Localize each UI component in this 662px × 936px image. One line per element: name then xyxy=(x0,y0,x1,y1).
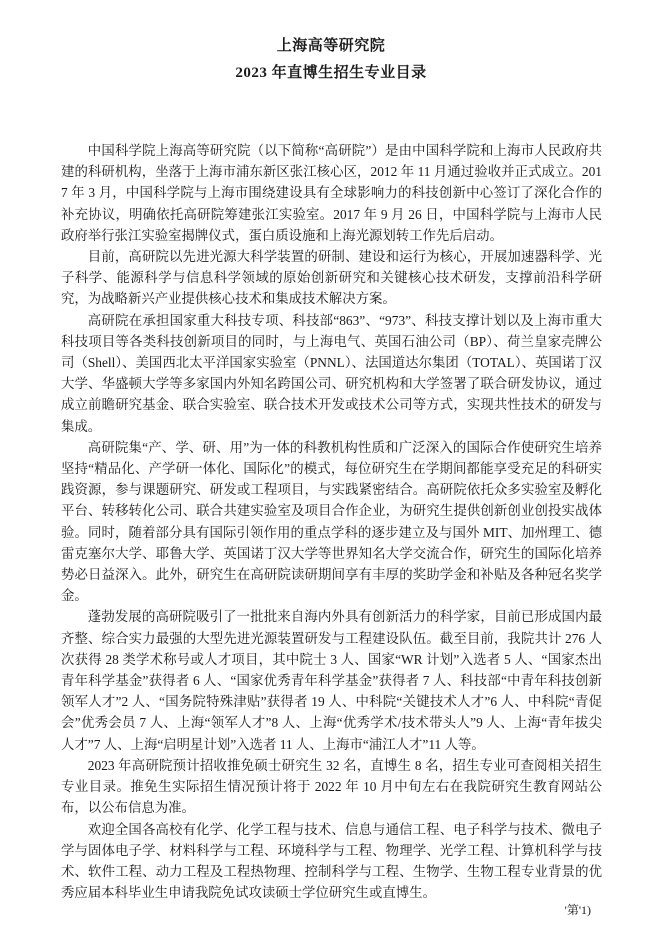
paragraph-welcome: 欢迎全国各高校有化学、化学工程与技术、信息与通信工程、电子科学与技术、微电子学与… xyxy=(61,819,602,904)
paragraph-mission: 目前，高研院以先进光源大科学装置的研制、建设和运行为核心，开展加速器科学、光子科… xyxy=(61,246,602,310)
paragraph-cooperation: 高研院在承担国家重大科技专项、科技部“863”、“973”、科技支撑计划以及上海… xyxy=(61,310,602,437)
paragraph-talents: 蓬勃发展的高研院吸引了一批批来自海内外具有创新活力的科学家，目前已形成国内最齐整… xyxy=(61,606,602,754)
title-block: 上海高等研究院 2023 年直博生招生专业目录 xyxy=(0,0,662,87)
doc-title-line1: 上海高等研究院 xyxy=(0,33,662,60)
doc-title-line2: 2023 年直博生招生专业目录 xyxy=(0,60,662,87)
doc-body: 中国科学院上海高等研究院（以下简称“高研院”）是由中国科学院和上海市人民政府共建… xyxy=(61,140,602,903)
document-page: 上海高等研究院 2023 年直博生招生专业目录 中国科学院上海高等研究院（以下简… xyxy=(0,0,662,936)
paragraph-intro: 中国科学院上海高等研究院（以下简称“高研院”）是由中国科学院和上海市人民政府共建… xyxy=(61,140,602,246)
paragraph-training: 高研院集“产、学、研、用”为一体的科教机构性质和广泛深入的国际合作使研究生培养坚… xyxy=(61,437,602,607)
paragraph-enrollment: 2023 年高研院预计招收推免硕士研究生 32 名，直博生 8 名，招生专业可查… xyxy=(61,755,602,819)
page-footer: '第'1) xyxy=(565,903,591,917)
